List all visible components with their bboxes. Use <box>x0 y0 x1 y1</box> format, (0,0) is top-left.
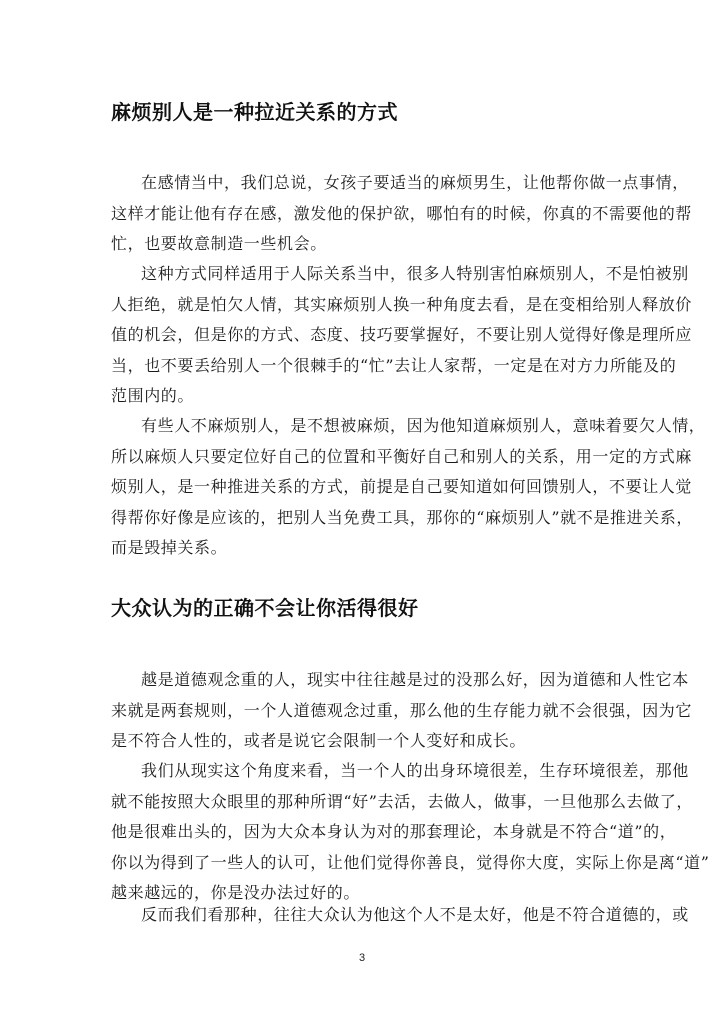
paragraph: 越是道德观念重的人，现实中往往越是过的没那么好，因为道德和人性它本 来就是两套规… <box>111 665 621 757</box>
paragraph: 反而我们看那种，往往大众认为他这个人不是太好，他是不符合道德的，或 <box>111 900 621 931</box>
paragraph: 我们从现实这个角度来看，当一个人的出身环境很差，生存环境很差，那他 就不能按照大… <box>111 756 621 909</box>
document-page: 麻烦别人是一种拉近关系的方式 在感情当中，我们总说，女孩子要适当的麻烦男生，让他… <box>0 0 724 1024</box>
paragraph: 有些人不麻烦别人，是不想被麻烦，因为他知道麻烦别人，意味着要欠人情， 所以麻烦人… <box>111 411 621 564</box>
paragraph-line: 值的机会，但是你的方式、态度、技巧要掌握好，不要让别人觉得好像是理所应 <box>111 320 621 351</box>
paragraph-line: 就不能按照大众眼里的那种所谓“好”去活，去做人，做事，一旦他那么去做了， <box>111 787 621 818</box>
paragraph-line: 有些人不麻烦别人，是不想被麻烦，因为他知道麻烦别人，意味着要欠人情， <box>111 411 621 442</box>
page-number: 3 <box>0 952 724 964</box>
paragraph-line: 他是很难出头的，因为大众本身认为对的那套理论，本身就是不符合“道”的， <box>111 817 621 848</box>
paragraph-line: 在感情当中，我们总说，女孩子要适当的麻烦男生，让他帮你做一点事情， <box>111 168 621 199</box>
paragraph-line: 当，也不要丢给别人一个很棘手的“忙”去让人家帮，一定是在对方力所能及的 <box>111 351 621 382</box>
paragraph-line: 这样才能让他有存在感，激发他的保护欲，哪怕有的时候，你真的不需要他的帮 <box>111 199 621 230</box>
paragraph-line: 我们从现实这个角度来看，当一个人的出身环境很差，生存环境很差，那他 <box>111 756 621 787</box>
paragraph-line: 范围内的。 <box>111 381 621 412</box>
paragraph-line: 来就是两套规则，一个人道德观念过重，那么他的生存能力就不会很强，因为它 <box>111 696 621 727</box>
section-heading: 麻烦别人是一种拉近关系的方式 <box>111 96 398 125</box>
paragraph: 这种方式同样适用于人际关系当中，很多人特别害怕麻烦别人，不是怕被别 人拒绝，就是… <box>111 259 621 412</box>
paragraph-line: 忙，也要故意制造一些机会。 <box>111 229 621 260</box>
paragraph-line: 烦别人，是一种推进关系的方式，前提是自己要知道如何回馈别人，不要让人觉 <box>111 472 621 503</box>
paragraph: 在感情当中，我们总说，女孩子要适当的麻烦男生，让他帮你做一点事情， 这样才能让他… <box>111 168 621 260</box>
paragraph-line: 而是毁掉关系。 <box>111 533 621 564</box>
paragraph-line: 你以为得到了一些人的认可，让他们觉得你善良，觉得你大度，实际上你是离“道” <box>111 848 621 879</box>
paragraph-line: 这种方式同样适用于人际关系当中，很多人特别害怕麻烦别人，不是怕被别 <box>111 259 621 290</box>
paragraph-line: 人拒绝，就是怕欠人情，其实麻烦别人换一种角度去看，是在变相给别人释放价 <box>111 290 621 321</box>
paragraph-line: 得帮你好像是应该的，把别人当免费工具，那你的“麻烦别人”就不是推进关系， <box>111 503 621 534</box>
paragraph-line: 反而我们看那种，往往大众认为他这个人不是太好，他是不符合道德的，或 <box>111 900 621 931</box>
paragraph-line: 是不符合人性的，或者是说它会限制一个人变好和成长。 <box>111 726 621 757</box>
paragraph-line: 所以麻烦人只要定位好自己的位置和平衡好自己和别人的关系，用一定的方式麻 <box>111 442 621 473</box>
paragraph-line: 越是道德观念重的人，现实中往往越是过的没那么好，因为道德和人性它本 <box>111 665 621 696</box>
section-heading: 大众认为的正确不会让你活得很好 <box>111 592 419 621</box>
